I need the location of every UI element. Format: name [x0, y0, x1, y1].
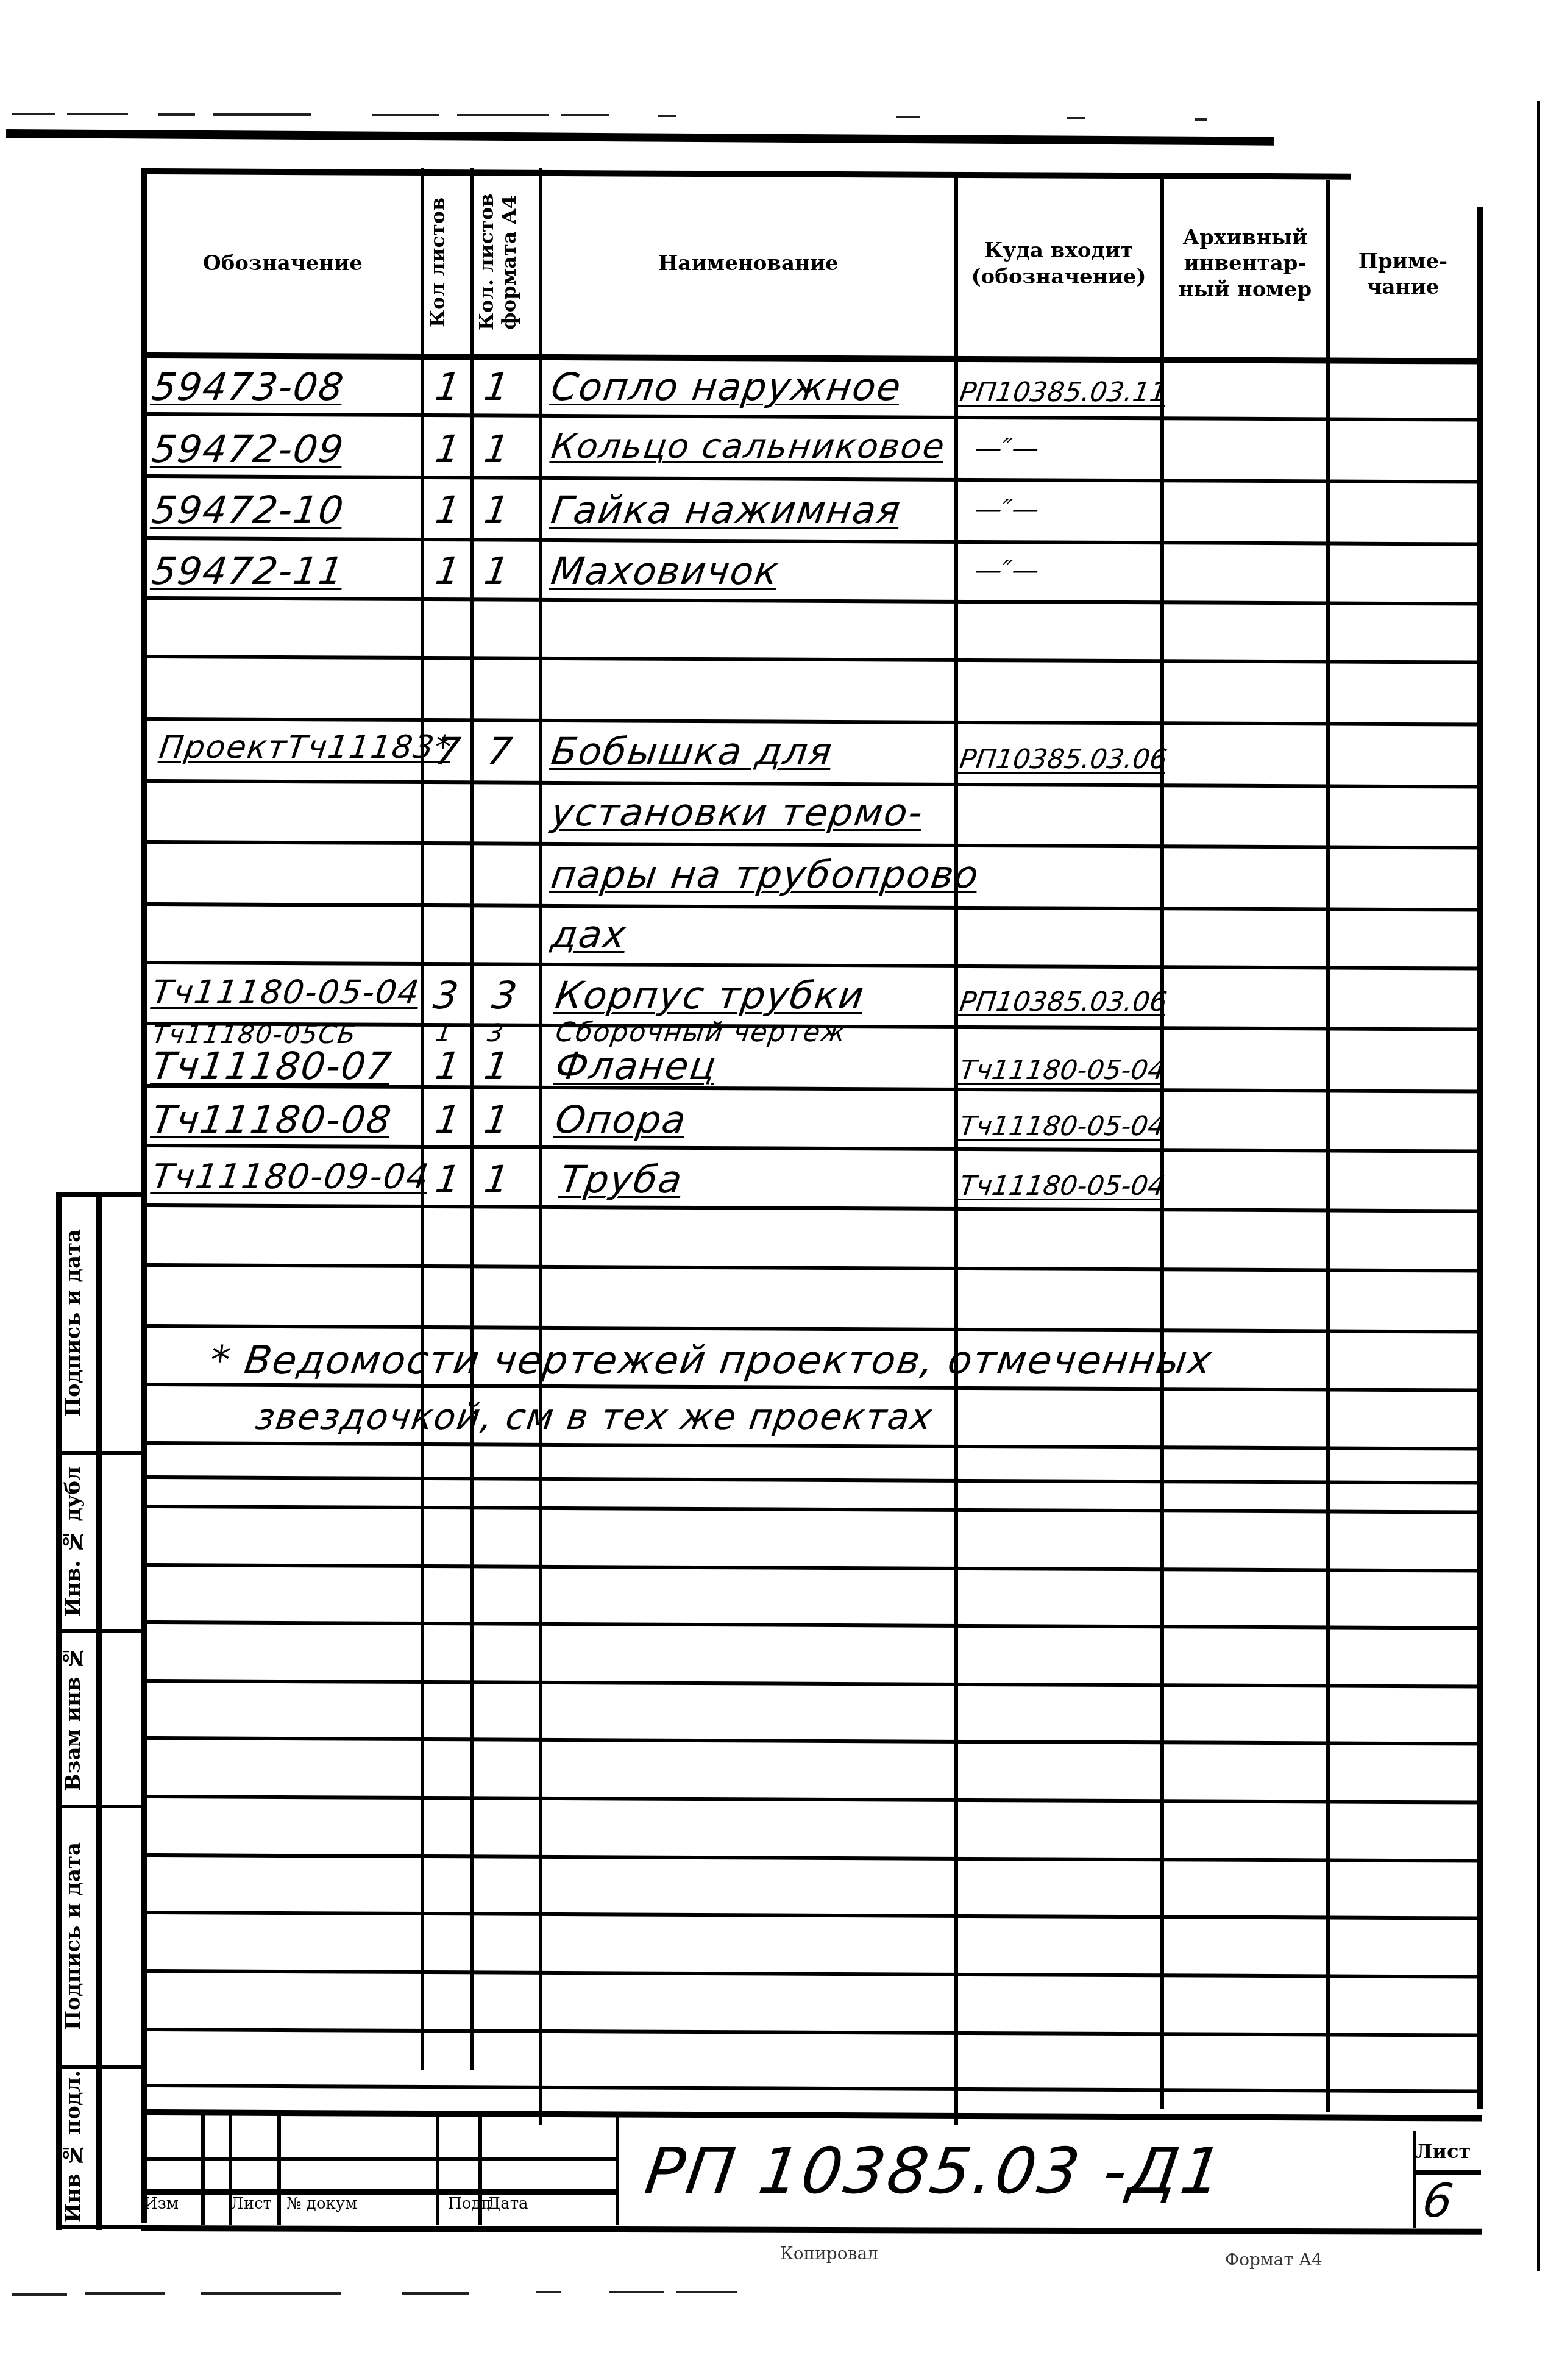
- header-designation: Обозначение: [146, 177, 419, 351]
- format-label: Формат А4: [1225, 2250, 1323, 2270]
- footnote-line-2: звездочкой, см в тех же проектах: [253, 1396, 936, 1438]
- cell-used-in: Тч11180-05-04: [957, 1055, 1167, 1086]
- header-note: Приме-чание: [1331, 201, 1475, 347]
- cell-used-in: —″—: [973, 433, 1041, 464]
- cell-designation: 59472-09: [149, 427, 347, 471]
- tb-col-sheet: Лист: [230, 2195, 272, 2213]
- cell-name: Сопло наружное: [549, 365, 904, 409]
- cell-used-in: —″—: [973, 555, 1041, 586]
- cell-designation: Тч11180-05-04: [150, 973, 423, 1011]
- tb-col-date: Дата: [488, 2195, 528, 2213]
- cell-designation: Тч11180-07: [149, 1044, 395, 1088]
- tb-col-signature: Подп: [448, 2195, 492, 2213]
- cell-name: Кольцо сальниковое: [549, 427, 948, 466]
- cell-designation: 59473-08: [149, 365, 347, 409]
- cell-sheets: 3: [431, 973, 463, 1017]
- cell-name: Фланец: [553, 1044, 720, 1088]
- stamp-sign-date-2: Подпись и дата: [61, 1809, 95, 2063]
- cell-sheets: 1: [433, 1097, 464, 1142]
- tb-col-change: Изм: [144, 2195, 179, 2213]
- sheet-label: Лист: [1415, 2140, 1471, 2163]
- cell-used-in: Тч11180-05-04: [957, 1111, 1167, 1142]
- cell-sheets-a4: 1: [481, 549, 513, 593]
- copied-label: Копировал: [780, 2243, 878, 2264]
- stamp-replace-inv: Взам инв №: [61, 1634, 95, 1802]
- stamp-inv-orig: Инв № подл.: [61, 2070, 95, 2223]
- cell-name: Маховичок: [549, 549, 782, 593]
- header-name: Наименование: [544, 177, 953, 351]
- sheet-number: 6: [1419, 2173, 1458, 2228]
- cell-used-in: РП10385.03.11: [957, 377, 1169, 408]
- cell-sheets-a4: 1: [481, 427, 513, 471]
- cell-designation: Тч11180-08: [149, 1097, 395, 1142]
- cell-sheets-a4: 1: [481, 365, 513, 409]
- cell-designation: 59472-10: [149, 488, 347, 532]
- header-sheets-a4: Кол. листов формата А4: [475, 177, 535, 347]
- cell-name: пары на трубопрово: [549, 852, 982, 897]
- cell-name: Гайка нажимная: [549, 488, 904, 532]
- cell-sheets: 1: [433, 1044, 464, 1088]
- cell-sheets: 1: [433, 488, 464, 532]
- cell-sheets: 1: [433, 365, 464, 409]
- cell-designation: Тч11180-09-04: [149, 1157, 432, 1197]
- cell-sheets: 1: [433, 549, 464, 593]
- cell-designation: 59472-11: [149, 549, 347, 593]
- cell-sheets-a4: 1: [481, 488, 513, 532]
- header-sheets-count: Кол листов: [427, 177, 467, 347]
- tb-col-doc-no: № докум: [286, 2195, 357, 2213]
- cell-designation: ПроектТч11183*: [157, 729, 455, 766]
- cell-sheets-a4: 1: [481, 1044, 513, 1088]
- cell-sheets: 1: [433, 427, 464, 471]
- cell-used-in: РП10385.03.06: [957, 986, 1169, 1017]
- cell-name: Опора: [553, 1097, 690, 1142]
- cell-sheets-a4: 7: [485, 729, 516, 774]
- cell-sheets-a4: 1: [481, 1097, 513, 1142]
- cell-used-in: Тч11180-05-04: [957, 1170, 1167, 1202]
- cell-name: дах: [549, 912, 630, 957]
- cell-name: Бобышка для: [549, 729, 836, 774]
- cell-used-in: РП10385.03.06: [957, 744, 1169, 775]
- cell-sheets: 1: [433, 1157, 464, 1202]
- stamp-sign-date-1: Подпись и дата: [61, 1198, 95, 1448]
- cell-name: Труба: [558, 1157, 686, 1202]
- header-archive-no: Архивный инвентар-ный номер: [1165, 177, 1325, 351]
- header-used-in: Куда входит (обозначение): [958, 177, 1159, 351]
- cell-sheets-a4: 1: [481, 1157, 513, 1202]
- cell-used-in: —″—: [973, 494, 1041, 525]
- cell-name: установки термо-: [549, 790, 926, 835]
- doc-code: РП 10385.03 -Д1: [641, 2134, 1229, 2208]
- cell-sheets: 7: [433, 729, 464, 774]
- footnote-line-1: * Ведомости чертежей проектов, отмеченны…: [207, 1338, 1216, 1383]
- cell-name: Корпус трубки: [553, 973, 868, 1017]
- cell-sheets-a4: 3: [489, 973, 521, 1017]
- stamp-inv-dup: Инв. № дубл: [61, 1456, 95, 1626]
